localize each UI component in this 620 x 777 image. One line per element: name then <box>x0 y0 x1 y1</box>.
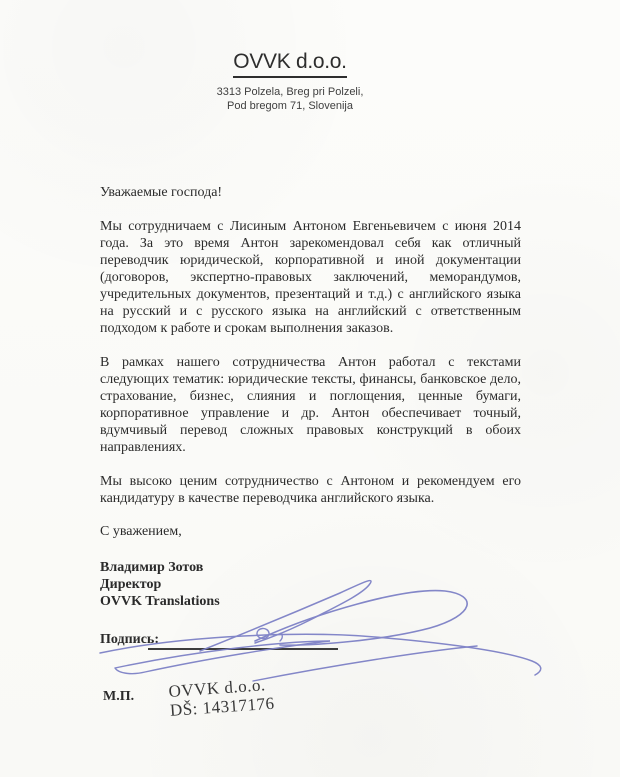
stamp: OVVK d.o.o. DŠ: 14317176 <box>168 675 275 720</box>
salutation: Уважаемые господа! <box>100 184 521 201</box>
stamp-label: М.П. <box>103 689 134 705</box>
letter-body: Уважаемые господа! Мы сотрудничаем с Лис… <box>100 184 521 610</box>
company-address: 3313 Polzela, Breg pri Polzeli, Pod breg… <box>90 85 490 113</box>
signature-ink <box>85 573 555 695</box>
paragraph-3: Мы высоко ценим сотрудничество с Антоном… <box>100 473 521 507</box>
letterhead: OVVK d.o.o. 3313 Polzela, Breg pri Polze… <box>90 50 490 113</box>
company-address-line2: Pod bregom 71, Slovenija <box>90 99 490 113</box>
company-name: OVVK d.o.o. <box>233 50 346 78</box>
paragraph-2: В рамках нашего сотрудничества Антон раб… <box>100 354 521 456</box>
closing: С уважением, <box>100 523 521 540</box>
paragraph-1: Мы сотрудничаем с Лисиным Антоном Евгень… <box>100 218 521 337</box>
company-address-line1: 3313 Polzela, Breg pri Polzeli, <box>90 85 490 99</box>
scanned-letter-page: OVVK d.o.o. 3313 Polzela, Breg pri Polze… <box>0 0 620 777</box>
